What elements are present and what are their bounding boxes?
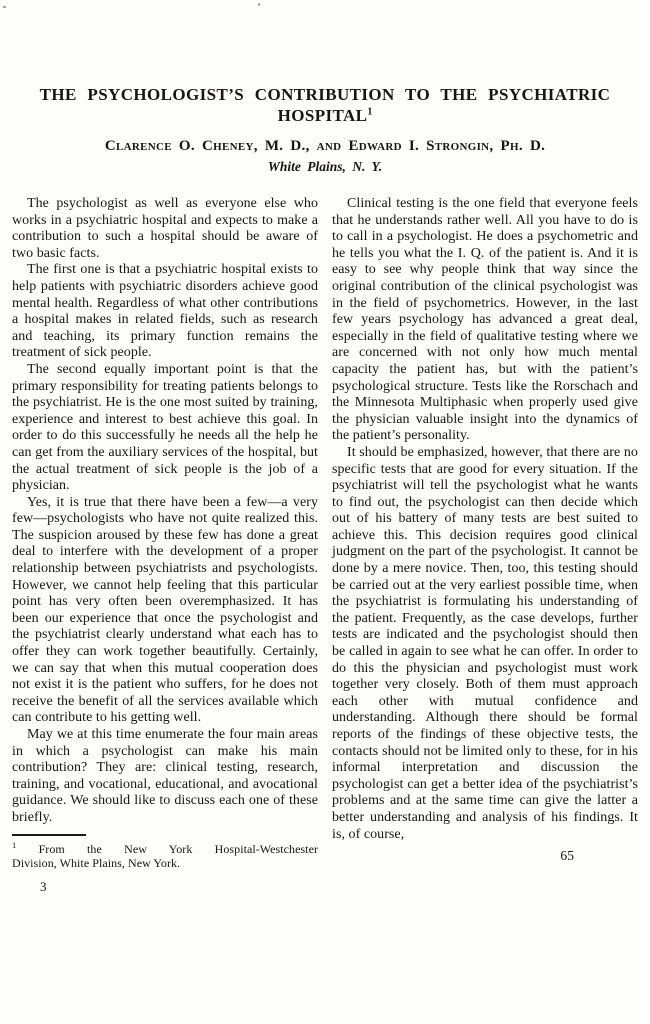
authors-line: Clarence O. Cheney, M. D., and Edward I.… bbox=[12, 138, 638, 155]
paragraph: May we at this time enumerate the four m… bbox=[12, 727, 318, 827]
footnote: 1 From the New York Hospital-Westchester… bbox=[12, 842, 318, 870]
footnote-divider bbox=[12, 834, 86, 836]
footnote-reference-mark: 1 bbox=[367, 106, 372, 117]
location-line: White Plains, N. Y. bbox=[12, 159, 638, 175]
issue-number: 3 bbox=[40, 879, 318, 896]
article-title-line2: HOSPITAL1 bbox=[278, 106, 373, 125]
article-title-line1: THE PSYCHOLOGIST’S CONTRIBUTION TO THE P… bbox=[40, 85, 611, 104]
scan-speck bbox=[3, 6, 6, 8]
scan-speck bbox=[258, 3, 260, 6]
paragraph: It should be emphasized, however, that t… bbox=[332, 445, 638, 843]
footnote-line1: 1 From the New York Hospital-Westchester bbox=[12, 842, 318, 856]
paragraph: Clinical testing is the one field that e… bbox=[332, 196, 638, 445]
paragraph: The first one is that a psychiatric hosp… bbox=[12, 262, 318, 362]
paragraph: The psychologist as well as everyone els… bbox=[12, 196, 318, 262]
paragraph: Yes, it is true that there have been a f… bbox=[12, 495, 318, 727]
page-number: 65 bbox=[332, 848, 638, 865]
left-column: The psychologist as well as everyone els… bbox=[12, 196, 318, 895]
footnote-line2: Division, White Plains, New York. bbox=[12, 856, 318, 870]
right-column: Clinical testing is the one field that e… bbox=[332, 196, 638, 895]
paragraph: The second equally important point is th… bbox=[12, 362, 318, 495]
article-title: THE PSYCHOLOGIST’S CONTRIBUTION TO THE P… bbox=[12, 84, 638, 126]
footnote-marker: 1 bbox=[12, 840, 16, 850]
two-column-body: The psychologist as well as everyone els… bbox=[12, 196, 638, 895]
journal-page: THE PSYCHOLOGIST’S CONTRIBUTION TO THE P… bbox=[0, 0, 650, 1024]
title-block: THE PSYCHOLOGIST’S CONTRIBUTION TO THE P… bbox=[12, 84, 638, 175]
